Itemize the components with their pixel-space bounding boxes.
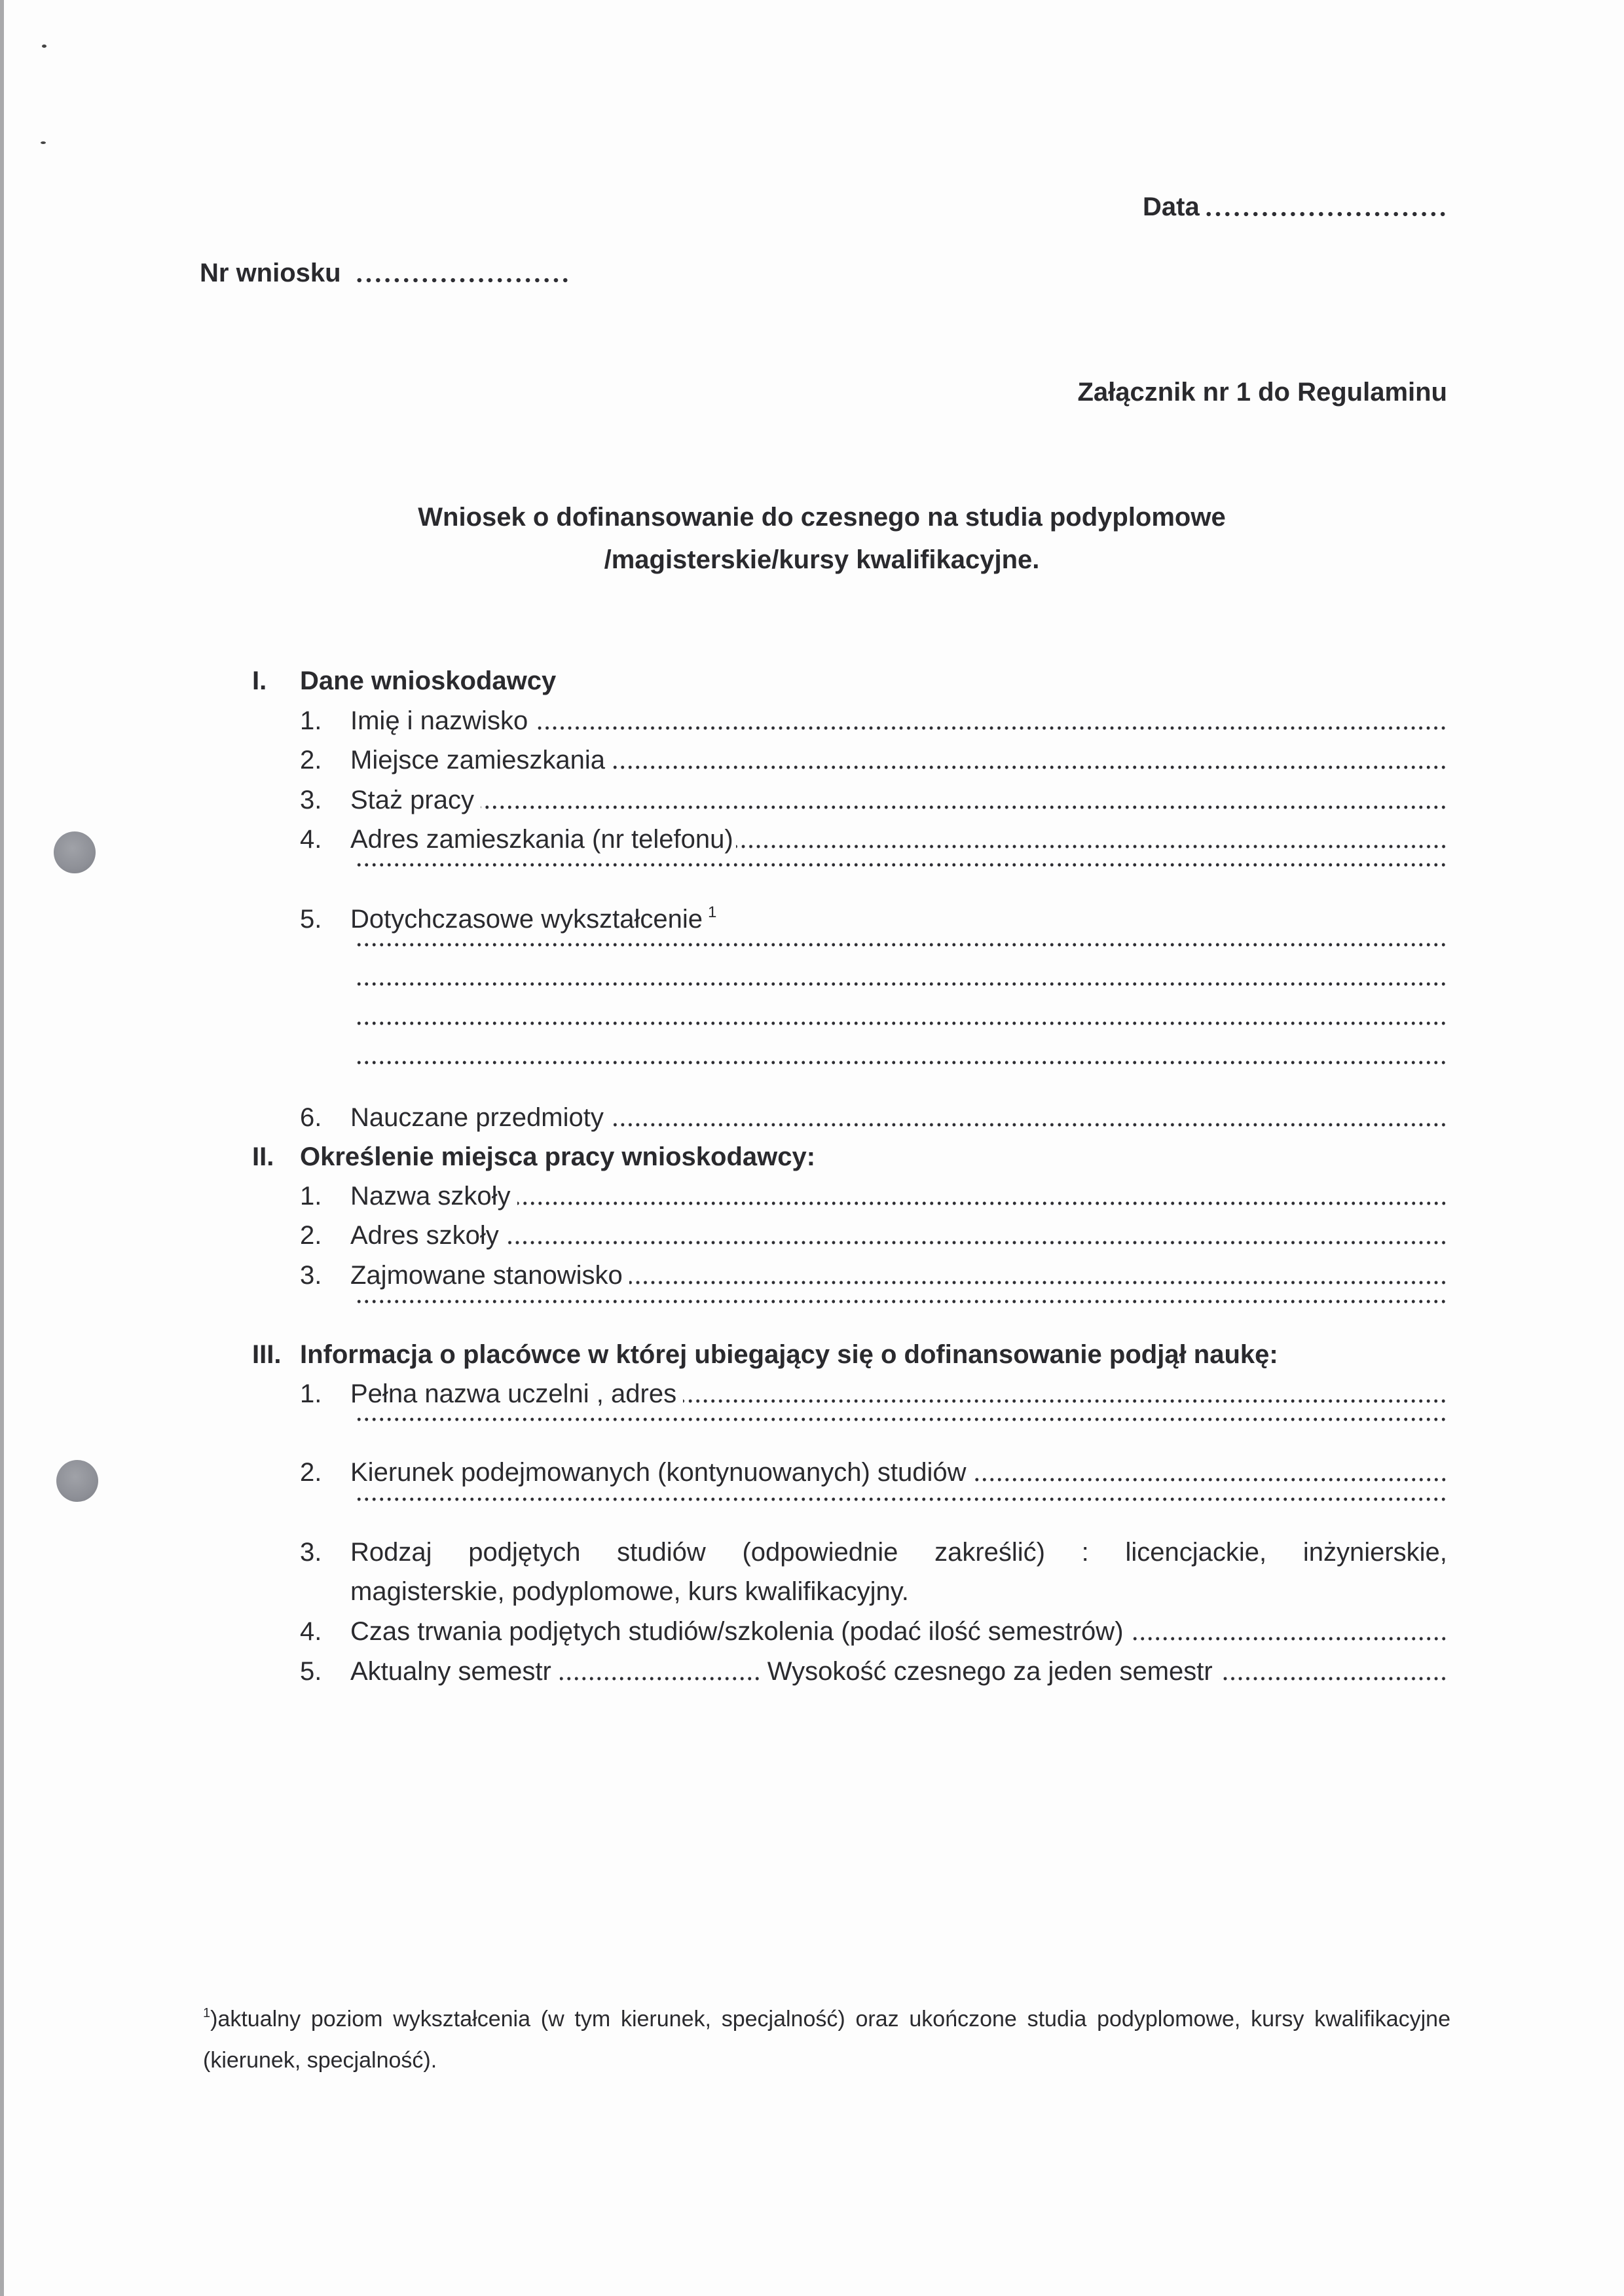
education-line — [354, 1061, 1447, 1071]
field-label: Nazwa szkoły — [350, 1180, 511, 1212]
full-name-blank[interactable] — [534, 726, 1447, 730]
word: (odpowiednie — [742, 1537, 898, 1568]
section-heading: Informacja o placówce w której ubiegając… — [300, 1339, 1278, 1370]
application-number-blank[interactable] — [356, 278, 570, 283]
field-of-study-continuation — [354, 1497, 1447, 1508]
field-duration: Czas trwania podjętych studiów/szkolenia… — [350, 1616, 1447, 1647]
field-label: Dotychczasowe wykształcenie — [350, 903, 703, 935]
field-label: Miejsce zamieszkania — [350, 744, 605, 776]
field-school-address: Adres szkoły — [350, 1220, 1447, 1251]
section-numeral: II. — [252, 1141, 274, 1173]
application-number-label: Nr wniosku — [200, 257, 341, 289]
section-heading-text: Określenie miejsca pracy wnioskodawcy: — [300, 1141, 815, 1173]
footnote-text: )aktualny poziom wykształcenia (w tym ki… — [203, 2007, 1450, 2073]
field-label: Kierunek podejmowanych (kontynuowanych) … — [350, 1457, 967, 1488]
field-label: Aktualny semestr — [350, 1656, 551, 1687]
section-heading-text: Informacja o placówce w której ubiegając… — [300, 1339, 1278, 1370]
date-label: Data — [1143, 191, 1200, 223]
education-line — [354, 982, 1447, 993]
item-number: 3. — [300, 1260, 322, 1291]
item-number: 5. — [300, 1656, 322, 1687]
field-label: Staż pracy — [350, 784, 474, 816]
item-number: 1. — [300, 705, 322, 737]
education-line — [354, 943, 1447, 953]
address-phone-blank-2[interactable] — [354, 863, 1447, 867]
university-blank-2[interactable] — [354, 1417, 1447, 1421]
document-title-line1: Wniosek o dofinansowanie do czesnego na … — [0, 501, 1624, 533]
punch-hole — [54, 831, 96, 873]
word: podjętych — [468, 1537, 580, 1568]
field-position: Zajmowane stanowisko — [350, 1260, 1447, 1291]
education-blank-4[interactable] — [354, 1061, 1447, 1065]
education-line — [354, 1021, 1447, 1032]
footnote-marker: 1 — [203, 2006, 210, 2020]
field-education: Dotychczasowe wykształcenie 1 — [350, 903, 716, 939]
punch-hole — [56, 1460, 98, 1502]
item-number: 6. — [300, 1102, 322, 1133]
attachment-label: Załącznik nr 1 do Regulaminu — [917, 376, 1447, 408]
tuition-per-semester-blank[interactable] — [1219, 1677, 1447, 1681]
position-continuation — [354, 1300, 1447, 1310]
section-heading: Dane wnioskodawcy — [300, 665, 556, 697]
study-type-option-engineering[interactable]: inżynierskie, — [1303, 1537, 1447, 1568]
study-type-option-bachelor[interactable]: licencjackie, — [1125, 1537, 1266, 1568]
school-address-blank[interactable] — [506, 1241, 1447, 1245]
field-label: Zajmowane stanowisko — [350, 1260, 623, 1291]
duration-blank[interactable] — [1130, 1637, 1447, 1641]
field-label: Czas trwania podjętych studiów/szkolenia… — [350, 1616, 1124, 1647]
section-numeral: I. — [252, 665, 267, 697]
footnote-reference: 1 — [708, 897, 716, 928]
item-number: 4. — [300, 824, 322, 855]
place-of-residence-blank[interactable] — [612, 765, 1447, 769]
application-number-field: Nr wniosku — [200, 257, 570, 289]
word: Rodzaj — [350, 1537, 432, 1568]
field-subjects-taught: Nauczane przedmioty — [350, 1102, 1447, 1133]
education-blank-2[interactable] — [354, 982, 1447, 986]
date-blank[interactable] — [1206, 211, 1447, 217]
section-heading-text: Dane wnioskodawcy — [300, 665, 556, 697]
item-number: 4. — [300, 1616, 322, 1647]
field-university-name-address: Pełna nazwa uczelni , adres — [350, 1378, 1447, 1410]
field-address-phone: Adres zamieszkania (nr telefonu) — [350, 824, 1447, 855]
field-place-of-residence: Miejsce zamieszkania — [350, 744, 1447, 776]
work-experience-blank[interactable] — [481, 805, 1447, 809]
scan-edge — [0, 0, 4, 2296]
attachment-text: Załącznik nr 1 do Regulaminu — [1077, 376, 1447, 408]
position-blank[interactable] — [629, 1281, 1447, 1285]
field-of-study-blank[interactable] — [973, 1478, 1447, 1482]
word: studiów — [617, 1537, 706, 1568]
school-name-blank[interactable] — [517, 1201, 1447, 1205]
item-number: 2. — [300, 744, 322, 776]
study-type-options[interactable]: magisterskie, podyplomowe, kurs kwalifik… — [350, 1576, 909, 1607]
address-phone-continuation — [354, 863, 1447, 873]
field-label: Imię i nazwisko — [350, 705, 528, 737]
education-blank-1[interactable] — [354, 943, 1447, 947]
field-study-type: Rodzaj podjętych studiów (odpowiednie za… — [350, 1537, 1447, 1568]
item-number: 2. — [300, 1220, 322, 1251]
item-number: 2. — [300, 1457, 322, 1488]
section-numeral: III. — [252, 1339, 281, 1370]
subjects-taught-blank[interactable] — [610, 1123, 1447, 1127]
scan-speck — [42, 45, 46, 48]
education-blank-3[interactable] — [354, 1021, 1447, 1025]
university-name-address-blank[interactable] — [683, 1399, 1447, 1403]
item-number: 5. — [300, 903, 322, 935]
field-label: Pełna nazwa uczelni , adres — [350, 1378, 676, 1410]
field-label: Adres zamieszkania (nr telefonu) — [350, 824, 733, 855]
item-number: 1. — [300, 1378, 322, 1410]
field-label: Wysokość czesnego za jeden semestr — [767, 1656, 1213, 1687]
field-work-experience: Staż pracy — [350, 784, 1447, 816]
position-blank-2[interactable] — [354, 1300, 1447, 1303]
field-of-study-blank-2[interactable] — [354, 1497, 1447, 1501]
field-label: Adres szkoły — [350, 1220, 499, 1251]
field-field-of-study: Kierunek podejmowanych (kontynuowanych) … — [350, 1457, 1447, 1488]
address-phone-blank[interactable] — [736, 845, 1447, 848]
field-full-name: Imię i nazwisko — [350, 705, 1447, 737]
item-number: 3. — [300, 1537, 322, 1568]
field-label: Nauczane przedmioty — [350, 1102, 604, 1133]
date-field: Data — [1143, 191, 1447, 223]
field-school-name: Nazwa szkoły — [350, 1180, 1447, 1212]
section-heading: Określenie miejsca pracy wnioskodawcy: — [300, 1141, 815, 1173]
word: zakreślić) — [934, 1537, 1045, 1568]
item-number: 3. — [300, 784, 322, 816]
document-title-line2: /magisterskie/kursy kwalifikacyjne. — [0, 544, 1624, 575]
current-semester-blank[interactable] — [558, 1677, 761, 1681]
scan-speck — [41, 141, 46, 144]
study-type-options-line2[interactable]: magisterskie, podyplomowe, kurs kwalifik… — [350, 1576, 909, 1607]
item-number: 1. — [300, 1180, 322, 1212]
word: : — [1082, 1537, 1089, 1568]
footnote: 1)aktualny poziom wykształcenia (w tym k… — [203, 2000, 1450, 2079]
university-continuation — [354, 1417, 1447, 1428]
field-current-semester-and-tuition: Aktualny semestr Wysokość czesnego za je… — [350, 1656, 1447, 1687]
